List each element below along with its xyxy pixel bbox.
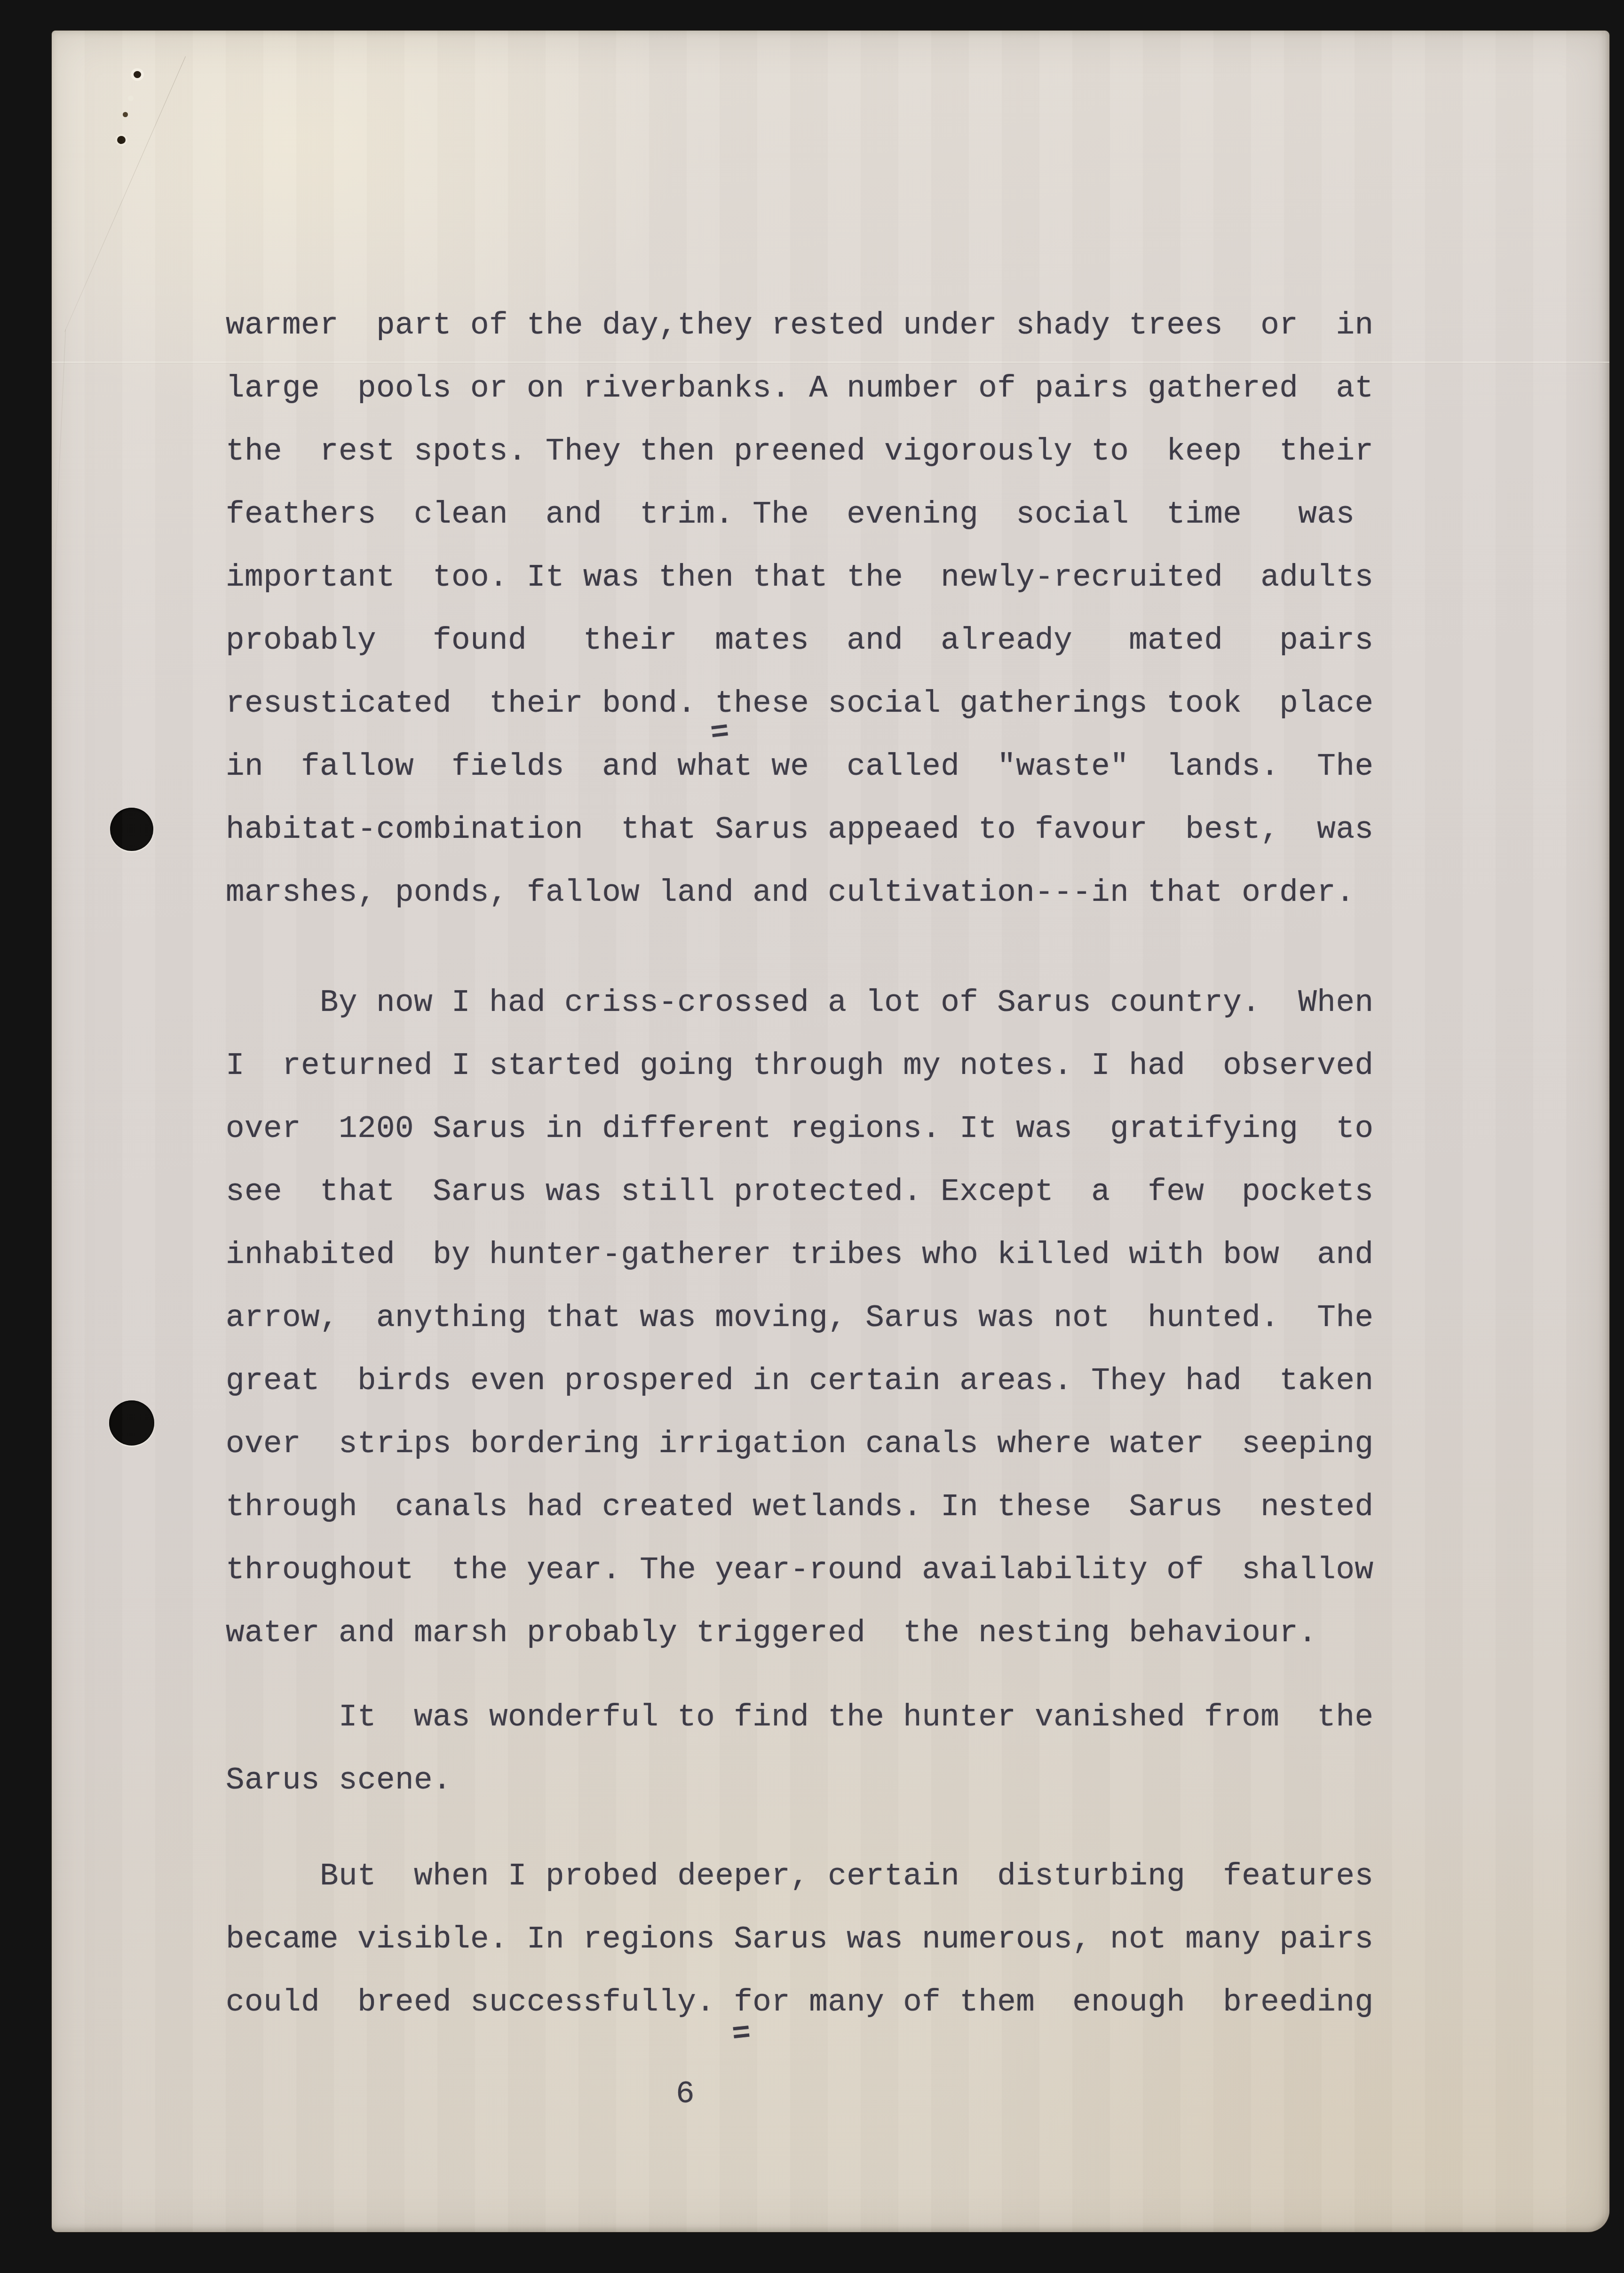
page-number: 6 xyxy=(676,2063,695,2126)
diagonal-crease-upper xyxy=(64,56,186,332)
proofreader-capitalize-mark: = xyxy=(731,2019,752,2050)
text-line: became visible. In regions Sarus was num… xyxy=(226,1908,1392,1971)
text-line: habitat-combination that Sarus appeaed t… xyxy=(226,798,1392,861)
text-line: arrow, anything that was moving, Sarus w… xyxy=(226,1287,1392,1350)
text-line: through canals had created wetlands. In … xyxy=(226,1476,1392,1539)
paragraph-4: But when I probed deeper, certain distur… xyxy=(226,1845,1392,2034)
text-line: throughout the year. The year-round avai… xyxy=(226,1539,1392,1602)
paper-blemish xyxy=(128,95,134,101)
text-line: in fallow fields and what we called "was… xyxy=(226,735,1392,798)
text-line: But when I probed deeper, certain distur… xyxy=(226,1845,1392,1908)
proofreader-capitalize-mark: = xyxy=(709,717,730,748)
text-line: over strips bordering irrigation canals … xyxy=(226,1413,1392,1476)
text-line: I returned I started going through my no… xyxy=(226,1034,1392,1097)
text-line: water and marsh probably triggered the n… xyxy=(226,1602,1392,1665)
text-line: large pools or on riverbanks. A number o… xyxy=(226,357,1392,420)
scanned-page: warmer part of the day,they rested under… xyxy=(52,31,1609,2232)
pin-hole-speck xyxy=(117,136,126,144)
diagonal-crease-lower xyxy=(51,329,66,639)
text-line: Sarus scene. xyxy=(226,1749,1392,1812)
punch-hole-bottom xyxy=(109,1400,154,1446)
pin-hole-speck xyxy=(134,71,141,78)
text-line: resusticated their bond. these social ga… xyxy=(226,672,1392,735)
text-line: It was wonderful to find the hunter vani… xyxy=(226,1686,1392,1749)
text-line: warmer part of the day,they rested under… xyxy=(226,294,1392,357)
paragraph-1: warmer part of the day,they rested under… xyxy=(226,294,1392,924)
text-line: marshes, ponds, fallow land and cultivat… xyxy=(226,861,1392,924)
typewritten-text: warmer part of the day,they rested under… xyxy=(226,294,1392,2034)
text-line: important too. It was then that the newl… xyxy=(226,546,1392,609)
text-line: the rest spots. They then preened vigoro… xyxy=(226,420,1392,483)
paragraph-2: By now I had criss-crossed a lot of Saru… xyxy=(226,971,1392,1665)
text-line: great birds even prospered in certain ar… xyxy=(226,1350,1392,1413)
text-line: could breed successfully. for many of th… xyxy=(226,1971,1392,2034)
text-line: over 1200 Sarus in different regions. It… xyxy=(226,1097,1392,1160)
paragraph-3: It was wonderful to find the hunter vani… xyxy=(226,1686,1392,1812)
text-line: probably found their mates and already m… xyxy=(226,609,1392,672)
text-line: feathers clean and trim. The evening soc… xyxy=(226,483,1392,546)
text-line: see that Sarus was still protected. Exce… xyxy=(226,1160,1392,1224)
pin-hole-speck xyxy=(123,112,128,117)
text-line: By now I had criss-crossed a lot of Saru… xyxy=(226,971,1392,1034)
punch-hole-top xyxy=(110,808,153,851)
text-line: inhabited by hunter-gatherer tribes who … xyxy=(226,1224,1392,1287)
scanner-background: { "page": { "number": "6" }, "colors": {… xyxy=(0,0,1624,2273)
